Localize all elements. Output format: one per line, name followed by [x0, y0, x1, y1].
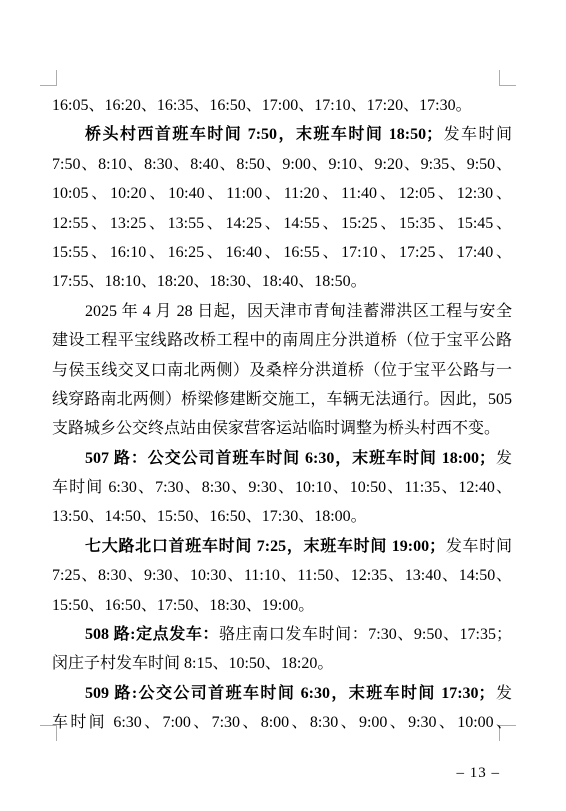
text-segment: 建设工程平宝线路改桥工程中的南周庄分洪道桥（位于宝平公路 [52, 332, 512, 349]
text-segment: 10:05、10:20、10:40、11:00、11:20、11:40、12:0… [52, 185, 512, 202]
text-line: 509 路:公交公司首班车时间 6:30，末班车时间 17:30；发 [52, 679, 512, 708]
text-segment: 7:50、8:10、8:30、8:40、8:50、9:00、9:10、9:20、… [52, 156, 512, 173]
text-segment-bold: 桥头村西首班车时间 7:50，末班车时间 18:50； [85, 126, 442, 143]
text-segment: 线穿路南北两侧）桥梁修建断交施工，车辆无法通行。因此，505 [52, 391, 512, 408]
text-line: 七大路北口首班车时间 7:25，末班车时间 19:00；发车时间 [52, 532, 512, 561]
text-line: 建设工程平宝线路改桥工程中的南周庄分洪道桥（位于宝平公路 [52, 326, 512, 355]
text-line: 15:50、16:50、17:50、18:30、19:00。 [52, 591, 512, 620]
text-segment: 发 [495, 685, 512, 702]
text-segment: 车时间 6:30、7:30、8:30、9:30、10:10、10:50、11:3… [52, 479, 512, 496]
text-line: 507 路：公交公司首班车时间 6:30，末班车时间 18:00；发 [52, 444, 512, 473]
text-segment: 17:55、18:10、18:20、18:30、18:40、18:50。 [52, 273, 367, 290]
text-line: 7:25、8:30、9:30、10:30、11:10、11:50、12:35、1… [52, 561, 512, 590]
text-segment-bold: 507 路：公交公司首班车时间 6:30，末班车时间 18:00； [85, 450, 495, 467]
text-segment: 13:50、14:50、15:50、16:50、17:30、18:00。 [52, 508, 367, 525]
text-segment: 骆庄南口发车时间：7:30、9:50、17:35； [219, 626, 512, 643]
text-line: 10:05、10:20、10:40、11:00、11:20、11:40、12:0… [52, 179, 512, 208]
text-line: 508 路:定点发车：骆庄南口发车时间：7:30、9:50、17:35； [52, 620, 512, 649]
text-line: 13:50、14:50、15:50、16:50、17:30、18:00。 [52, 502, 512, 531]
crop-mark-top-left [40, 70, 57, 86]
text-segment: 与侯玉线交叉口南北两侧）及桑梓分洪道桥（位于宝平公路与一 [52, 362, 512, 379]
text-segment-bold: 七大路北口首班车时间 7:25，末班车时间 19:00； [85, 538, 445, 555]
text-segment: 发车时间 [445, 538, 512, 555]
text-segment: 15:55、16:10、16:25、16:40、16:55、17:10、17:2… [52, 244, 512, 261]
text-segment-bold: 509 路:公交公司首班车时间 6:30，末班车时间 17:30； [85, 685, 495, 702]
text-segment: 2025 年 4 月 28 日起，因天津市青甸洼蓄滞洪区工程与安全 [85, 303, 512, 320]
page-number: – 13 – [457, 765, 501, 782]
text-segment: 12:55、13:25、13:55、14:25、14:55、15:25、15:3… [52, 215, 512, 232]
text-segment: 16:05、16:20、16:35、16:50、17:00、17:10、17:2… [52, 97, 472, 114]
text-line: 桥头村西首班车时间 7:50，末班车时间 18:50；发车时间 [52, 120, 512, 149]
document-body: 16:05、16:20、16:35、16:50、17:00、17:10、17:2… [52, 91, 512, 738]
text-line: 线穿路南北两侧）桥梁修建断交施工，车辆无法通行。因此，505 [52, 385, 512, 414]
text-segment: 车时间 6:30、7:00、7:30、8:00、8:30、9:00、9:30、1… [52, 714, 512, 731]
text-segment: 发车时间 [442, 126, 512, 143]
text-line: 7:50、8:10、8:30、8:40、8:50、9:00、9:10、9:20、… [52, 150, 512, 179]
text-line: 支路城乡公交终点站由侯家营客运站临时调整为桥头村西不变。 [52, 414, 512, 443]
text-segment: 支路城乡公交终点站由侯家营客运站临时调整为桥头村西不变。 [52, 420, 500, 437]
text-line: 车时间 6:30、7:00、7:30、8:00、8:30、9:00、9:30、1… [52, 708, 512, 737]
text-line: 闵庄子村发车时间 8:15、10:50、18:20。 [52, 649, 512, 678]
text-line: 15:55、16:10、16:25、16:40、16:55、17:10、17:2… [52, 238, 512, 267]
text-segment: 闵庄子村发车时间 8:15、10:50、18:20。 [52, 655, 333, 672]
text-line: 2025 年 4 月 28 日起，因天津市青甸洼蓄滞洪区工程与安全 [52, 297, 512, 326]
crop-mark-top-right [499, 70, 516, 86]
text-line: 12:55、13:25、13:55、14:25、14:55、15:25、15:3… [52, 209, 512, 238]
document-page: { "page": { "number_label": "– 13 –", "b… [0, 0, 566, 811]
text-segment: 15:50、16:50、17:50、18:30、19:00。 [52, 597, 314, 614]
text-segment: 发 [495, 450, 512, 467]
text-line: 车时间 6:30、7:30、8:30、9:30、10:10、10:50、11:3… [52, 473, 512, 502]
text-line: 与侯玉线交叉口南北两侧）及桑梓分洪道桥（位于宝平公路与一 [52, 356, 512, 385]
text-line: 16:05、16:20、16:35、16:50、17:00、17:10、17:2… [52, 91, 512, 120]
text-segment: 7:25、8:30、9:30、10:30、11:10、11:50、12:35、1… [52, 567, 512, 584]
text-segment-bold: 508 路:定点发车： [85, 626, 219, 643]
text-line: 17:55、18:10、18:20、18:30、18:40、18:50。 [52, 267, 512, 296]
